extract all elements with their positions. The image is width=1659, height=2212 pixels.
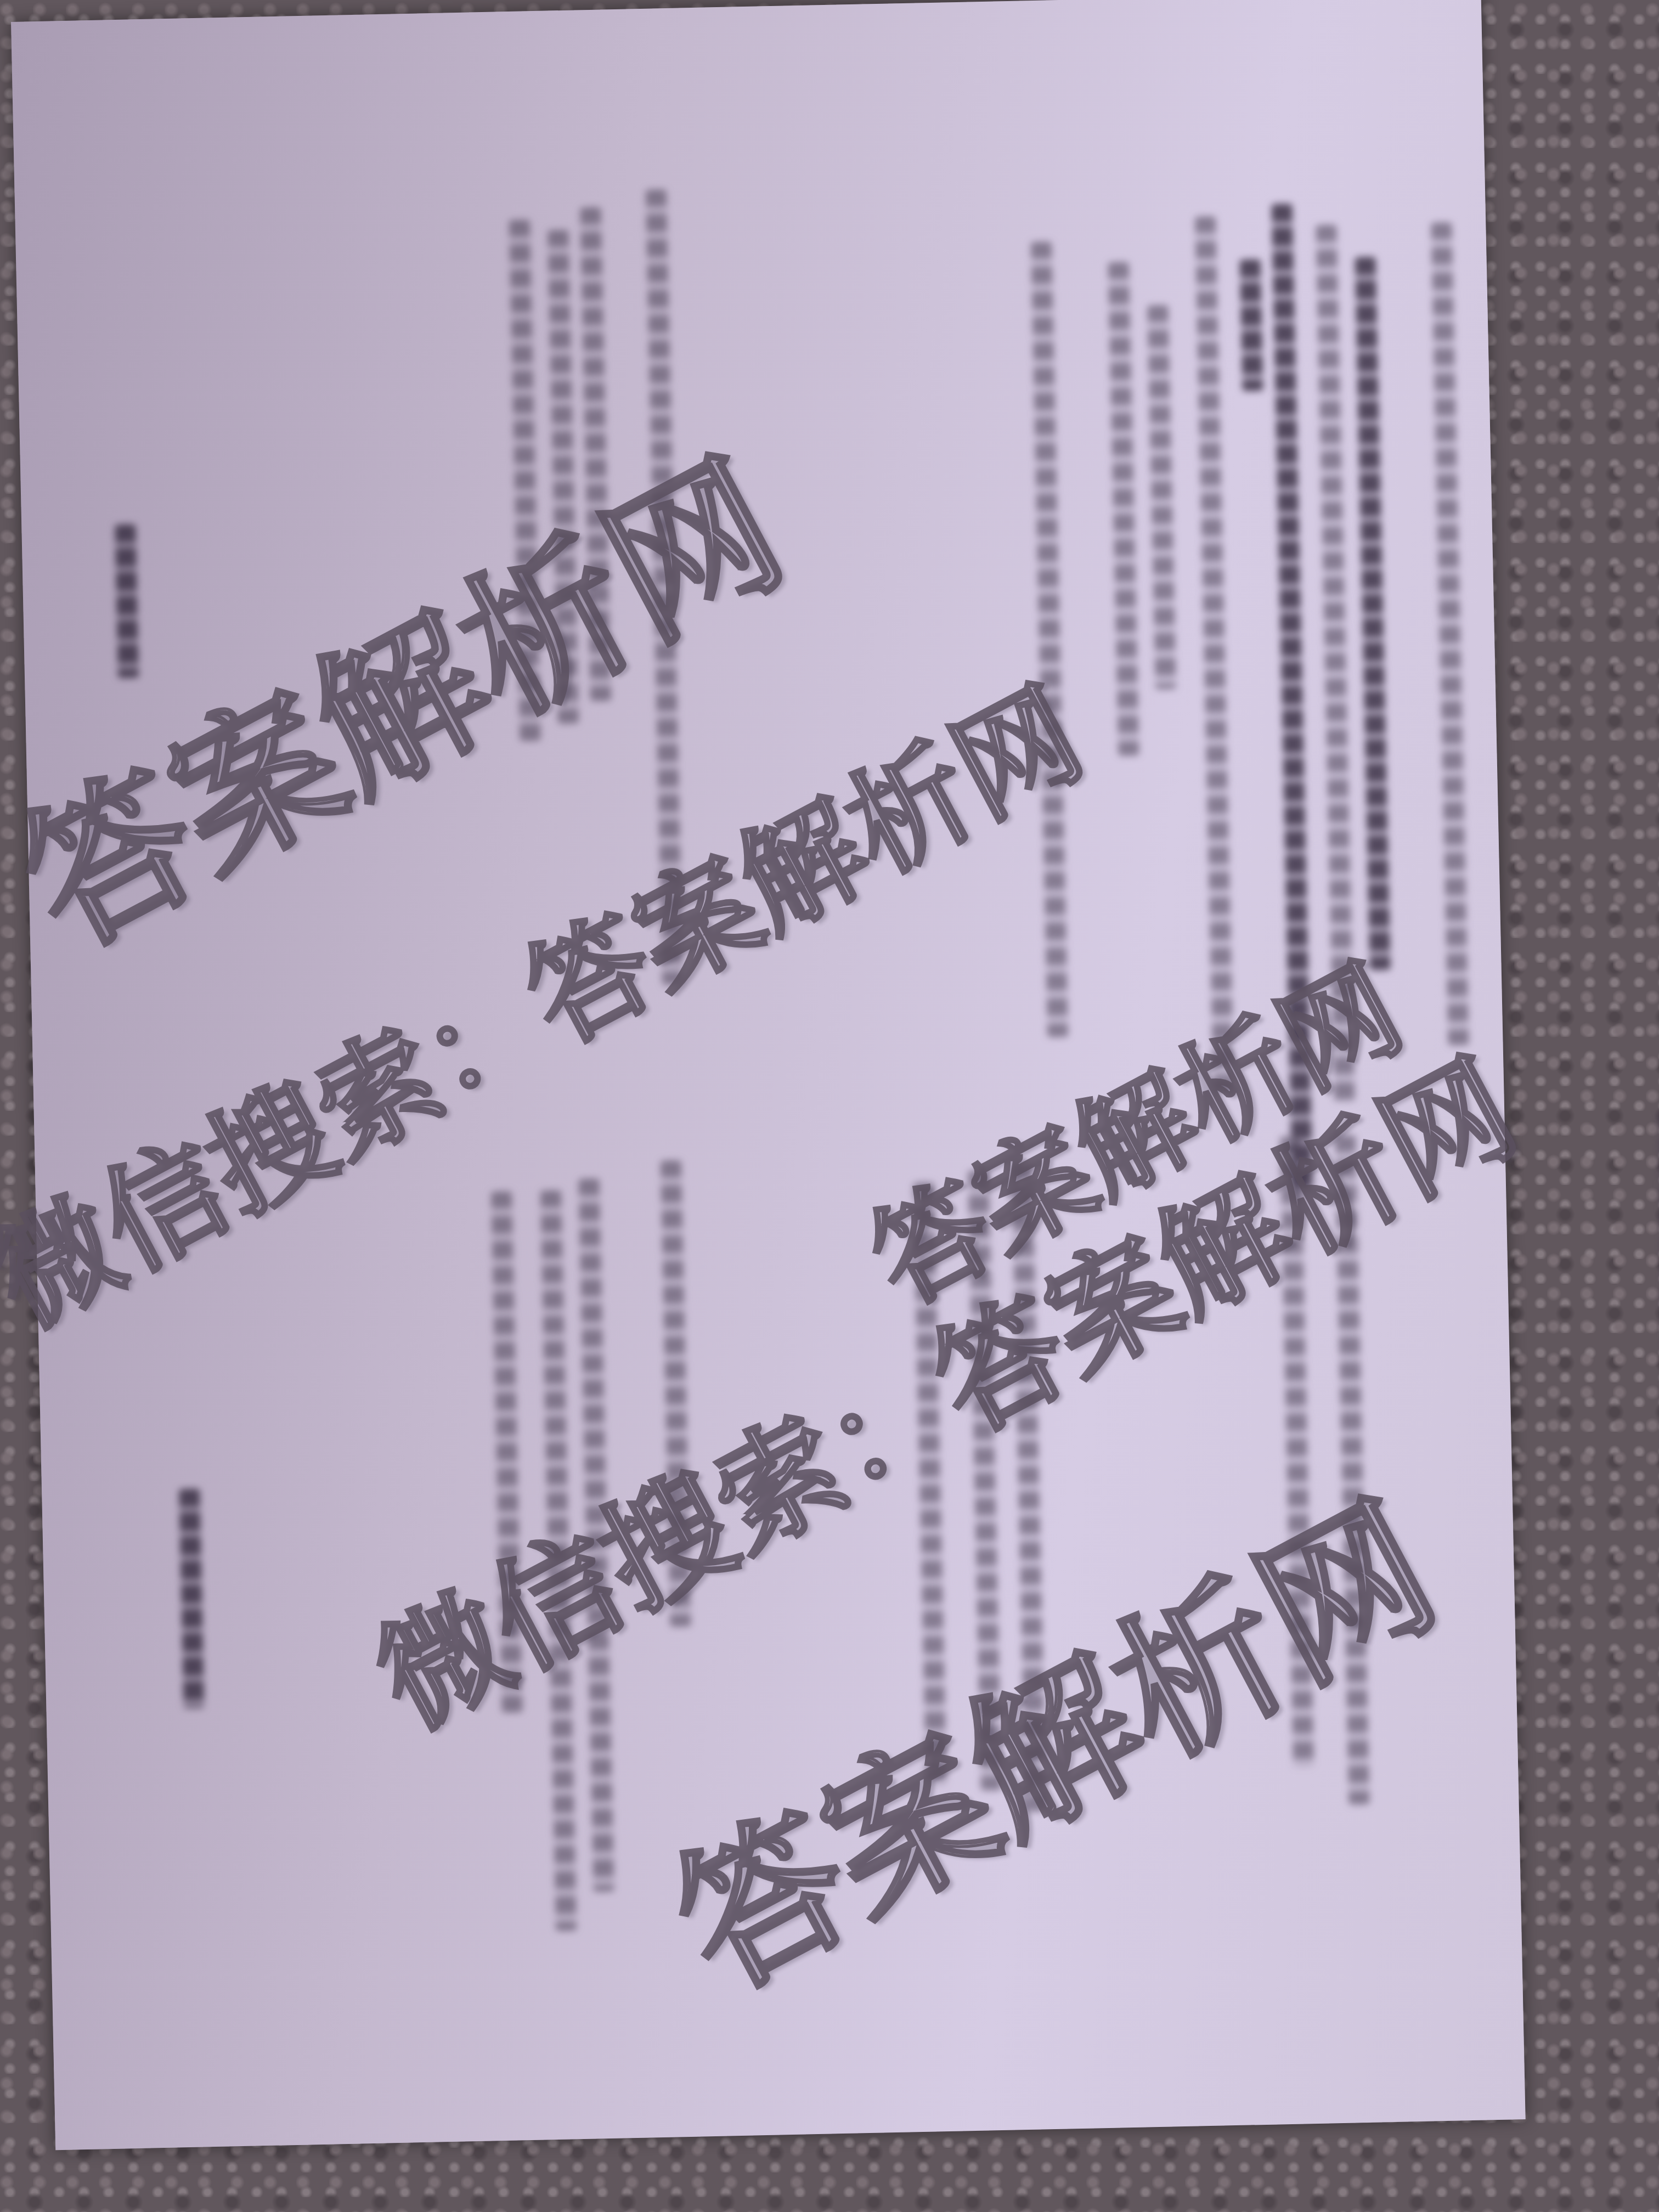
page-footer-text bbox=[115, 524, 139, 678]
blurred-text-line bbox=[1031, 241, 1068, 1037]
blurred-text-line bbox=[1108, 262, 1139, 756]
blurred-text-line bbox=[1431, 222, 1469, 1045]
page-footer-text bbox=[179, 1488, 204, 1708]
blurred-text-line bbox=[1240, 259, 1263, 391]
blurred-text-line bbox=[1147, 305, 1176, 690]
blurred-text-line bbox=[1195, 216, 1234, 1094]
blurred-text-line bbox=[1355, 257, 1391, 970]
